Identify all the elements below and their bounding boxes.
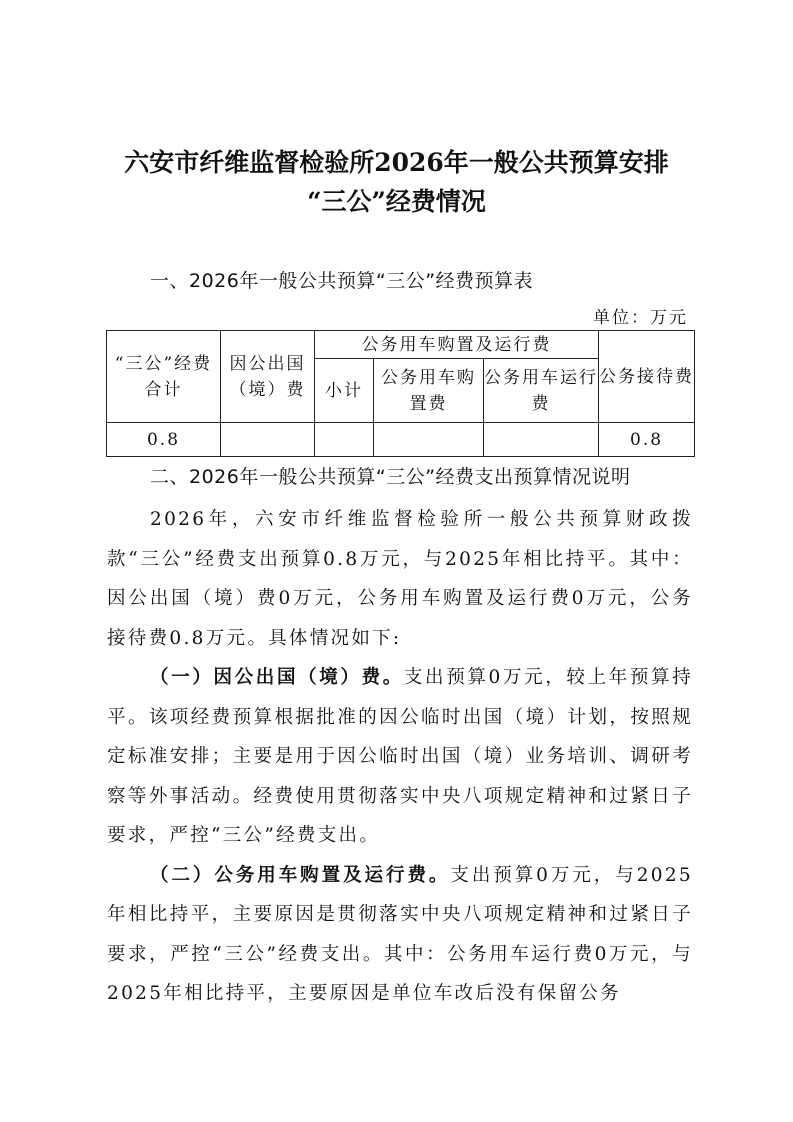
unit-label: 单位：万元 [593,303,688,328]
section1-heading: 一、2026年一般公共预算“三公”经费预算表 [150,266,533,293]
item2-heading: （二）公务用车购置及运行费。 [150,865,450,886]
cell-abroad [221,423,315,457]
header-vehicle-operation: 公务用车运行费 [484,359,599,423]
table-row: 0.8 0.8 [107,423,695,457]
document-title-line1: 六安市纤维监督检验所2026年一般公共预算安排 [0,143,793,179]
header-vehicle-subtotal: 小计 [315,359,374,423]
item1-heading: （一）因公出国（境）费。 [150,667,404,688]
paragraph-item2: （二）公务用车购置及运行费。支出预算0万元，与2025年相比持平，主要原因是贯彻… [107,856,693,1014]
header-vehicle-group: 公务用车购置及运行费 [315,331,599,359]
cell-vehicle-purchase [374,423,484,457]
cell-reception: 0.8 [599,423,695,457]
header-abroad: 因公出国（境）费 [221,331,315,423]
document-title-line2: “三公”经费情况 [0,182,793,218]
body-text: 2026年，六安市纤维监督检验所一般公共预算财政拨款“三公”经费支出预算0.8万… [107,500,693,1014]
paragraph-intro: 2026年，六安市纤维监督检验所一般公共预算财政拨款“三公”经费支出预算0.8万… [107,500,693,658]
three-public-budget-table: “三公”经费合计 因公出国（境）费 公务用车购置及运行费 公务接待费 小计 公务… [106,330,695,457]
cell-vehicle-operation [484,423,599,457]
header-reception: 公务接待费 [599,331,695,423]
header-vehicle-purchase: 公务用车购置费 [374,359,484,423]
cell-vehicle-subtotal [315,423,374,457]
paragraph-item1: （一）因公出国（境）费。支出预算0万元，较上年预算持平。该项经费预算根据批准的因… [107,658,693,856]
cell-total: 0.8 [107,423,221,457]
item1-text: 支出预算0万元，较上年预算持平。该项经费预算根据批准的因公临时出国（境）计划，按… [107,667,693,846]
section2-heading: 二、2026年一般公共预算“三公”经费支出预算情况说明 [150,462,631,489]
header-total: “三公”经费合计 [107,331,221,423]
